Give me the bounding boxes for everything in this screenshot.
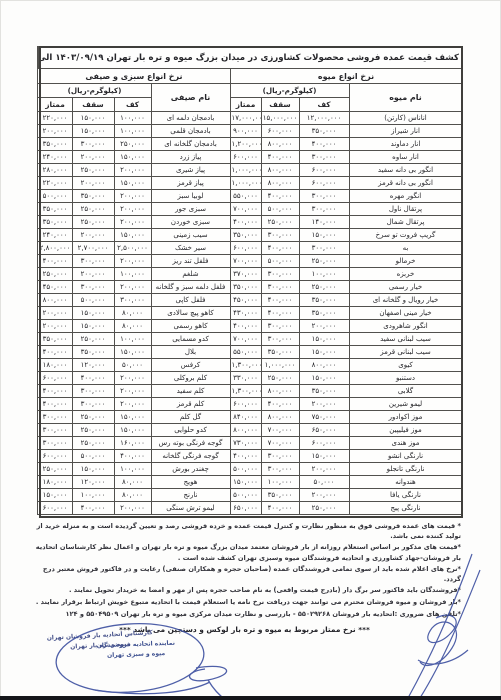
fruit-ceiling-cell: ۷۰۰,۰۰۰ <box>261 437 299 450</box>
table-row: خیار رسمی۲۵۰,۰۰۰۳۰۰,۰۰۰۳۵۰,۰۰۰فلفل دلمه … <box>38 281 462 294</box>
fruit-floor-cell: ۱۵۰,۰۰۰ <box>299 346 349 359</box>
veg-premium-cell: ۳۰۰,۰۰۰ <box>38 424 72 437</box>
fruit-name-cell: گلابی <box>349 385 462 398</box>
fruit-floor-cell: ۱۵۰,۰۰۰ <box>299 229 349 242</box>
table-row: اناناس (کارتن)۱۲,۰۰۰,۰۰۰۱۵,۰۰۰,۰۰۰۱۷,۰۰۰… <box>38 112 462 125</box>
fruit-floor-cell: ۱۰۰,۰۰۰ <box>299 268 349 281</box>
fruit-floor-cell: ۳۵۰,۰۰۰ <box>299 125 349 138</box>
fruit-name-cell: انگور شاهرودی <box>349 320 462 333</box>
veg-floor-cell: ۱۵۰,۰۰۰ <box>114 411 151 424</box>
veg-premium-cell: ۲۲۰,۰۰۰ <box>38 177 72 190</box>
fruit-name-cell: لیمو شیرین <box>349 398 462 411</box>
footnote: *فروشندگان باید فاکتور سر برگ دار (بادرج… <box>28 585 461 595</box>
veg-premium-cell: ۱۵۰,۰۰۰ <box>38 489 72 502</box>
veg-name-cell: بلال <box>151 346 230 359</box>
veg-ceiling-cell: ۱۵۰,۰۰۰ <box>72 112 114 125</box>
veg-ceiling-cell: ۲۵۰,۰۰۰ <box>72 424 114 437</box>
fruit-floor-cell: ۳۰۰,۰۰۰ <box>299 151 349 164</box>
veg-premium-cell: ۵۰۰,۰۰۰ <box>38 190 72 203</box>
fruit-premium-cell: ۱۷,۰۰۰,۰۰۰ <box>230 112 261 125</box>
footnotes-block: * قیمت های عمده فروشی فوق به منظور نظارت… <box>28 521 461 635</box>
veg-floor-cell: ۵۰,۰۰۰ <box>114 359 151 372</box>
veg-premium-cell: ۴۰۰,۰۰۰ <box>38 346 72 359</box>
veg-floor-cell: ۲۰۰,۰۰۰ <box>114 502 151 515</box>
table-row: انگور بی دانه سفید۶۰۰,۰۰۰۸۰۰,۰۰۰۱,۰۰۰,۰۰… <box>38 164 462 177</box>
fruit-name-cell: انگور بی دانه سفید <box>349 164 462 177</box>
fruit-premium-cell: ۷۰۰,۰۰۰ <box>230 333 261 346</box>
footnote-phone-numbers: *تلفن های ضروری :اتحادیه بار فروشان ۵۵۰۲… <box>28 609 461 619</box>
fruit-name-cell: انگور مهره <box>349 190 462 203</box>
veg-ceiling-cell: ۳۵۰,۰۰۰ <box>72 346 114 359</box>
veg-name-cell: فلفل کاپی <box>151 294 230 307</box>
fruit-name-cell: نارنگی تانجلو <box>349 463 462 476</box>
veg-premium-cell: ۲۴۰,۰۰۰ <box>38 229 72 242</box>
fruit-premium-cell: ۵۰۰,۰۰۰ <box>230 489 261 502</box>
veg-premium-cell: ۳۰۰,۰۰۰ <box>38 411 72 424</box>
veg-name-cell: شلغم <box>151 268 230 281</box>
table-row: انار ساوه۳۰۰,۰۰۰۴۰۰,۰۰۰۶۰۰,۰۰۰پیاز زرد۱۵… <box>38 151 462 164</box>
veg-name-cell: فلفل دلمه سبز و گلخانه <box>151 281 230 294</box>
veg-ceiling-cell: ۲۵۰,۰۰۰ <box>72 216 114 229</box>
veg-floor-header: کف <box>114 98 151 112</box>
veg-floor-cell: ۲۰۰,۰۰۰ <box>114 164 151 177</box>
table-row: خیار مینی اصفهان۳۵۰,۰۰۰۴۰۰,۰۰۰۴۳۰,۰۰۰کاه… <box>38 307 462 320</box>
price-table: کشف قیمت عمده فروشی محصولات کشاورزی در م… <box>37 46 463 515</box>
fruit-premium-cell: ۴۰۰,۰۰۰ <box>230 450 261 463</box>
fruit-ceiling-cell: ۳۰۰,۰۰۰ <box>261 229 299 242</box>
fruit-ceiling-cell: ۸۰۰,۰۰۰ <box>261 177 299 190</box>
fruit-floor-cell: ۶۰۰,۰۰۰ <box>299 164 349 177</box>
fruit-premium-cell: ۹۰۰,۰۰۰ <box>230 125 261 138</box>
fruit-floor-cell: ۶۰۰,۰۰۰ <box>299 177 349 190</box>
fruit-premium-cell: ۱,۲۰۰,۰۰۰ <box>230 138 261 151</box>
veg-floor-cell: ۱۵۰,۰۰۰ <box>114 346 151 359</box>
veg-floor-cell: ۸۰,۰۰۰ <box>114 476 151 489</box>
fruit-name-cell: خیار رویال و گلخانه ای <box>349 294 462 307</box>
fruit-floor-cell: ۷۵۰,۰۰۰ <box>299 411 349 424</box>
veg-floor-cell: ۳۰۰,۰۰۰ <box>114 294 151 307</box>
table-row: نارنگی تانجلو۲۰۰,۰۰۰۳۰۰,۰۰۰۵۰۰,۰۰۰چغندر … <box>38 463 462 476</box>
fruit-floor-cell: ۲۵۰,۰۰۰ <box>299 255 349 268</box>
veg-premium-cell: ۲۵۰,۰۰۰ <box>38 268 72 281</box>
table-row: خیار رویال و گلخانه ای۳۵۰,۰۰۰۴۰۰,۰۰۰۴۵۰,… <box>38 294 462 307</box>
fruit-ceiling-cell: ۳۰۰,۰۰۰ <box>261 333 299 346</box>
fruit-premium-cell: ۵۰۰,۰۰۰ <box>230 463 261 476</box>
veg-floor-cell: ۲۰۰,۰۰۰ <box>114 203 151 216</box>
table-row: لیمو شیرین۲۰۰,۰۰۰۴۰۰,۰۰۰۶۰۰,۰۰۰کلم قرمز۲… <box>38 398 462 411</box>
fruit-premium-cell: ۸۴۰,۰۰۰ <box>230 411 261 424</box>
fruit-ceiling-cell: ۱,۰۰۰,۰۰۰ <box>261 359 299 372</box>
veg-ceiling-cell: ۲۵۰,۰۰۰ <box>72 411 114 424</box>
fruit-ceiling-cell: ۳۰۰,۰۰۰ <box>261 268 299 281</box>
veg-name-cell: کدو حلوایی <box>151 424 230 437</box>
veg-ceiling-cell: ۱۲۰,۰۰۰ <box>72 476 114 489</box>
veg-premium-cell: ۳۵۰,۰۰۰ <box>38 203 72 216</box>
fruit-premium-cell: ۷۳۰,۰۰۰ <box>230 437 261 450</box>
price-table-body: اناناس (کارتن)۱۲,۰۰۰,۰۰۰۱۵,۰۰۰,۰۰۰۱۷,۰۰۰… <box>38 112 462 515</box>
veg-ceiling-cell: ۱۰۰,۰۰۰ <box>72 489 114 502</box>
fruit-name-cell: نارنگی پیج <box>349 502 462 515</box>
fruit-ceiling-cell: ۳۰۰,۰۰۰ <box>261 320 299 333</box>
veg-floor-cell: ۱۰۰,۰۰۰ <box>114 268 151 281</box>
veg-premium-cell: ۲۰۰,۰۰۰ <box>38 307 72 320</box>
veg-premium-cell: ۸۰۰,۰۰۰ <box>38 294 72 307</box>
fruit-name-cell: گریپ فروت تو سرخ <box>349 229 462 242</box>
fruit-premium-cell: ۳۳۰,۰۰۰ <box>230 372 261 385</box>
table-row: انگور مهره۳۰۰,۰۰۰۴۰۰,۰۰۰۵۵۰,۰۰۰لوبیا سبز… <box>38 190 462 203</box>
veg-ceiling-cell: ۳۰۰,۰۰۰ <box>72 398 114 411</box>
fruit-floor-cell: ۸۰۰,۰۰۰ <box>299 359 349 372</box>
footnote: *نرخ های اعلام شده باید از سوی تمامی فرو… <box>28 564 461 584</box>
fruit-name-cell: خرمالو <box>349 255 462 268</box>
fruit-premium-cell: ۴۵۰,۰۰۰ <box>230 294 261 307</box>
fruit-premium-cell: ۳۵۰,۰۰۰ <box>230 281 261 294</box>
veg-name-cell: لوبیا سبز <box>151 190 230 203</box>
veg-name-cell: بادمجان دلمه ای <box>151 112 230 125</box>
table-row: گریپ فروت تو سرخ۱۵۰,۰۰۰۳۰۰,۰۰۰۳۵۰,۰۰۰سیب… <box>38 229 462 242</box>
veg-premium-cell: ۶۰۰,۰۰۰ <box>38 372 72 385</box>
veg-premium-cell: ۲,۸۰۰,۰۰۰ <box>38 242 72 255</box>
veg-premium-cell: ۶۰۰,۰۰۰ <box>38 502 72 515</box>
veg-premium-cell: ۴۵۰,۰۰۰ <box>38 281 72 294</box>
veg-name-cell: کاهو پیچ سالادی <box>151 307 230 320</box>
fruit-floor-header: کف <box>299 98 349 112</box>
fruit-ceiling-cell: ۴۰۰,۰۰۰ <box>261 151 299 164</box>
fruit-name-cell: انار شیراز <box>349 125 462 138</box>
table-row: سیب لبنانی سفید۱۵۰,۰۰۰۳۰۰,۰۰۰۷۰۰,۰۰۰کدو … <box>38 333 462 346</box>
veg-floor-cell: ۴۰۰,۰۰۰ <box>114 450 151 463</box>
veg-name-cell: بادمجان قلمی <box>151 125 230 138</box>
fruit-name-cell: نارنگی یافا <box>349 489 462 502</box>
veg-floor-cell: ۲,۵۰۰,۰۰۰ <box>114 242 151 255</box>
veg-name-cell: سبزی جور <box>151 203 230 216</box>
fruit-name-cell: موز اکوادور <box>349 411 462 424</box>
veg-section-title: نرخ انواع سبزی و صیفی <box>38 69 230 84</box>
fruit-name-cell: موز هندی <box>349 437 462 450</box>
fruit-name-cell: سیب لبنانی سفید <box>349 333 462 346</box>
fruit-unit-header: (کیلوگرم-ریال) <box>230 84 349 98</box>
table-row: انگور شاهرودی۲۰۰,۰۰۰۳۰۰,۰۰۰۴۰۰,۰۰۰کاهو ر… <box>38 320 462 333</box>
fruit-premium-cell: ۴۰۰,۰۰۰ <box>230 320 261 333</box>
fruit-name-cell: پرتقال شمال <box>349 216 462 229</box>
fruit-ceiling-cell: ۴۰۰,۰۰۰ <box>261 307 299 320</box>
fruit-ceiling-cell: ۳۵۰,۰۰۰ <box>261 346 299 359</box>
fruit-floor-cell: ۳۵۰,۰۰۰ <box>299 294 349 307</box>
veg-ceiling-cell: ۴۰۰,۰۰۰ <box>72 502 114 515</box>
fruit-ceiling-header: سقف <box>261 98 299 112</box>
veg-name-cell: هویج <box>151 476 230 489</box>
table-row: خرمالو۲۵۰,۰۰۰۵۰۰,۰۰۰۷۰۰,۰۰۰فلفل تند ریز۲… <box>38 255 462 268</box>
fruit-ceiling-cell: ۳۰۰,۰۰۰ <box>261 463 299 476</box>
fruit-premium-cell: ۶۵۰,۰۰۰ <box>230 502 261 515</box>
fruit-ceiling-cell: ۴۰۰,۰۰۰ <box>261 398 299 411</box>
fruit-name-cell: دستنبو <box>349 372 462 385</box>
footnote: * قیمت های عمده فروشی فوق به منظور نظارت… <box>28 521 461 541</box>
veg-ceiling-cell: ۳۰۰,۰۰۰ <box>72 255 114 268</box>
fruit-premium-cell: ۴۰۰,۰۰۰ <box>230 216 261 229</box>
veg-ceiling-cell: ۳۰۰,۰۰۰ <box>72 281 114 294</box>
veg-name-cell: سیر خشک <box>151 242 230 255</box>
table-row: نارنگی یافا۲۰۰,۰۰۰۳۵۰,۰۰۰۵۰۰,۰۰۰نارنج۸۰,… <box>38 489 462 502</box>
veg-premium-cell: ۴۰۰,۰۰۰ <box>38 398 72 411</box>
fruit-floor-cell: ۳۰۰,۰۰۰ <box>299 203 349 216</box>
left-signature-loop-icon <box>190 666 227 680</box>
veg-name-cell: کلم بروکلی <box>151 372 230 385</box>
fruit-ceiling-cell: ۲۵۰,۰۰۰ <box>261 372 299 385</box>
fruit-ceiling-cell: ۲۵۰,۰۰۰ <box>261 216 299 229</box>
veg-floor-cell: ۲۰۰,۰۰۰ <box>114 398 151 411</box>
veg-ceiling-cell: ۳۰۰,۰۰۰ <box>72 138 114 151</box>
veg-ceiling-cell: ۵۰۰,۰۰۰ <box>72 450 114 463</box>
veg-premium-cell: ۴۰۰,۰۰۰ <box>38 255 72 268</box>
footnote: *بار فروشان و میوه فروشان محترم می توانن… <box>28 597 461 607</box>
table-row: موز هندی۶۰۰,۰۰۰۷۰۰,۰۰۰۷۳۰,۰۰۰گوجه فرنگی … <box>38 437 462 450</box>
fruit-ceiling-cell: ۱۰۰,۰۰۰ <box>261 476 299 489</box>
veg-floor-cell: ۱۰۰,۰۰۰ <box>114 333 151 346</box>
fruit-name-cell: اناناس (کارتن) <box>349 112 462 125</box>
veg-ceiling-cell: ۱۵۰,۰۰۰ <box>72 307 114 320</box>
veg-floor-cell: ۱۵۰,۰۰۰ <box>114 177 151 190</box>
veg-premium-cell: ۳۰۰,۰۰۰ <box>38 437 72 450</box>
veg-ceiling-cell: ۱۵۰,۰۰۰ <box>72 463 114 476</box>
scanned-price-list-document: کشف قیمت عمده فروشی محصولات کشاورزی در م… <box>0 0 501 700</box>
veg-ceiling-cell: ۴۰۰,۰۰۰ <box>72 372 114 385</box>
veg-ceiling-cell: ۲۵۰,۰۰۰ <box>72 203 114 216</box>
fruit-ceiling-cell: ۳۵۰,۰۰۰ <box>261 489 299 502</box>
table-row: دستنبو۱۵۰,۰۰۰۲۵۰,۰۰۰۳۳۰,۰۰۰کلم بروکلی۲۰۰… <box>38 372 462 385</box>
fruit-ceiling-cell: ۴۰۰,۰۰۰ <box>261 190 299 203</box>
fruit-name-cell: سیب لبنانی قرمز <box>349 346 462 359</box>
veg-premium-header: ممتاز <box>38 98 72 112</box>
fruit-name-cell: به <box>349 242 462 255</box>
veg-ceiling-cell: ۱۵۰,۰۰۰ <box>72 320 114 333</box>
veg-ceiling-cell: ۵۰۰,۰۰۰ <box>72 294 114 307</box>
fruit-ceiling-cell: ۸۰۰,۰۰۰ <box>261 411 299 424</box>
fruit-premium-header: ممتاز <box>230 98 261 112</box>
table-row: موز اکوادور۷۵۰,۰۰۰۸۰۰,۰۰۰۸۴۰,۰۰۰گل کلم۱۵… <box>38 411 462 424</box>
veg-ceiling-cell: ۱۲۰,۰۰۰ <box>72 359 114 372</box>
veg-name-column-header: نام صیفی <box>151 84 230 112</box>
fruit-floor-cell: ۱۵۰,۰۰۰ <box>299 450 349 463</box>
fruit-premium-cell: ۶۰۰,۰۰۰ <box>230 242 261 255</box>
veg-name-cell: کاهو رسمی <box>151 320 230 333</box>
veg-ceiling-header: سقف <box>72 98 114 112</box>
veg-premium-cell: ۳۵۰,۰۰۰ <box>38 333 72 346</box>
veg-floor-cell: ۲۰۰,۰۰۰ <box>114 190 151 203</box>
fruit-name-cell: نارنگی انشو <box>349 450 462 463</box>
veg-name-cell: کلم قرمز <box>151 398 230 411</box>
fruit-name-cell: انگور بی دانه قرمز <box>349 177 462 190</box>
fruit-floor-cell: ۳۰۰,۰۰۰ <box>299 242 349 255</box>
fruit-premium-cell: ۷۰۰,۰۰۰ <box>230 255 261 268</box>
veg-premium-cell: ۱۸۰,۰۰۰ <box>38 476 72 489</box>
veg-ceiling-cell: ۲۰۰,۰۰۰ <box>72 151 114 164</box>
veg-name-cell: کدو مسمایی <box>151 333 230 346</box>
fruit-name-cell: هندوانه <box>349 476 462 489</box>
veg-premium-cell: ۲۰۰,۰۰۰ <box>38 320 72 333</box>
table-row: نارنگی پیج۲۵۰,۰۰۰۴۰۰,۰۰۰۶۵۰,۰۰۰لیمو ترش … <box>38 502 462 515</box>
veg-name-cell: سبزی خوردن <box>151 216 230 229</box>
veg-premium-cell: ۴۰۰,۰۰۰ <box>38 385 72 398</box>
fruit-premium-cell: ۸۰۰,۰۰۰ <box>230 424 261 437</box>
table-row: گلابی۳۵۰,۰۰۰۸۰۰,۰۰۰۱,۳۰۰,۰۰۰کلم سفید۲۰۰,… <box>38 385 462 398</box>
fruit-ceiling-cell: ۳۰۰,۰۰۰ <box>261 281 299 294</box>
veg-floor-cell: ۲۰۰,۰۰۰ <box>114 216 151 229</box>
fruit-section-title: نرخ انواع میوه <box>230 69 462 84</box>
fruit-ceiling-cell: ۵۰۰,۰۰۰ <box>261 203 299 216</box>
veg-name-cell: کرفس <box>151 359 230 372</box>
veg-ceiling-cell: ۲۵۰,۰۰۰ <box>72 164 114 177</box>
veg-premium-cell: ۲۴۰,۰۰۰ <box>38 151 72 164</box>
fruit-floor-cell: ۱۲,۰۰۰,۰۰۰ <box>299 112 349 125</box>
fruit-floor-cell: ۱۵۰,۰۰۰ <box>299 333 349 346</box>
veg-floor-cell: ۸۰,۰۰۰ <box>114 489 151 502</box>
fruit-premium-cell: ۳۷۰,۰۰۰ <box>230 268 261 281</box>
fruit-ceiling-cell: ۳۰۰,۰۰۰ <box>261 450 299 463</box>
veg-floor-cell: ۲۵۰,۰۰۰ <box>114 138 151 151</box>
fruit-premium-cell: ۱,۰۰۰,۰۰۰ <box>230 177 261 190</box>
veg-floor-cell: ۱۰۰,۰۰۰ <box>114 112 151 125</box>
fruit-name-cell: انار دماوند <box>349 138 462 151</box>
veg-name-cell: نارنج <box>151 489 230 502</box>
veg-premium-cell: ۲۵۰,۰۰۰ <box>38 463 72 476</box>
veg-floor-cell: ۱۰۰,۰۰۰ <box>114 463 151 476</box>
fruit-floor-cell: ۵۰,۰۰۰ <box>299 476 349 489</box>
veg-ceiling-cell: ۳۵۰,۰۰۰ <box>72 190 114 203</box>
fruit-premium-cell: ۵۵۰,۰۰۰ <box>230 190 261 203</box>
veg-ceiling-cell: ۲۰۰,۰۰۰ <box>72 177 114 190</box>
fruit-floor-cell: ۲۰۰,۰۰۰ <box>299 398 349 411</box>
veg-premium-cell: ۳۵۰,۰۰۰ <box>38 216 72 229</box>
fruit-premium-cell: ۴۳۰,۰۰۰ <box>230 307 261 320</box>
veg-name-cell: کلم سفید <box>151 385 230 398</box>
table-row: پرتقال ناول۳۰۰,۰۰۰۵۰۰,۰۰۰۷۰۰,۰۰۰سبزی جور… <box>38 203 462 216</box>
price-table-header: کشف قیمت عمده فروشی محصولات کشاورزی در م… <box>38 47 462 112</box>
fruit-name-cell: خربزه <box>349 268 462 281</box>
fruit-premium-cell: ۶۰۰,۰۰۰ <box>230 151 261 164</box>
veg-ceiling-cell: ۲۵۰,۰۰۰ <box>72 333 114 346</box>
table-row: کیوی۸۰۰,۰۰۰۱,۰۰۰,۰۰۰۱,۳۰۰,۰۰۰کرفس۵۰,۰۰۰۱… <box>38 359 462 372</box>
fruit-premium-cell: ۷۰۰,۰۰۰ <box>230 203 261 216</box>
fruit-ceiling-cell: ۸۰۰,۰۰۰ <box>261 138 299 151</box>
fruit-name-cell: خیار رسمی <box>349 281 462 294</box>
veg-name-cell: پیاز شیری <box>151 164 230 177</box>
fruit-name-cell: کیوی <box>349 359 462 372</box>
table-row: انگور بی دانه قرمز۶۰۰,۰۰۰۸۰۰,۰۰۰۱,۰۰۰,۰۰… <box>38 177 462 190</box>
veg-floor-cell: ۲۰۰,۰۰۰ <box>114 372 151 385</box>
table-row: نارنگی انشو۱۵۰,۰۰۰۳۰۰,۰۰۰۴۰۰,۰۰۰گوجه فرن… <box>38 450 462 463</box>
fruit-floor-cell: ۱۴۰,۰۰۰ <box>299 216 349 229</box>
fruit-premium-cell: ۵۵۰,۰۰۰ <box>230 346 261 359</box>
table-row: پرتقال شمال۱۴۰,۰۰۰۲۵۰,۰۰۰۴۰۰,۰۰۰سبزی خور… <box>38 216 462 229</box>
veg-floor-cell: ۲۰۰,۰۰۰ <box>114 281 151 294</box>
table-row: انار شیراز۳۵۰,۰۰۰۶۰۰,۰۰۰۹۰۰,۰۰۰بادمجان ق… <box>38 125 462 138</box>
veg-floor-cell: ۱۵۰,۰۰۰ <box>114 151 151 164</box>
veg-floor-cell: ۸۰,۰۰۰ <box>114 307 151 320</box>
fruit-premium-cell: ۱,۳۰۰,۰۰۰ <box>230 385 261 398</box>
fruit-premium-cell: ۱۵۰,۰۰۰ <box>230 476 261 489</box>
fruit-floor-cell: ۴۰۰,۰۰۰ <box>299 138 349 151</box>
fruit-ceiling-cell: ۴۰۰,۰۰۰ <box>261 294 299 307</box>
veg-name-cell: سیب زمینی <box>151 229 230 242</box>
fruit-name-column-header: نام میوه <box>349 84 462 112</box>
veg-ceiling-cell: ۲۰۰,۰۰۰ <box>72 268 114 281</box>
fruit-floor-cell: ۳۵۰,۰۰۰ <box>299 385 349 398</box>
fruit-floor-cell: ۲۵۰,۰۰۰ <box>299 281 349 294</box>
fruit-name-cell: خیار مینی اصفهان <box>349 307 462 320</box>
fruit-premium-cell: ۱,۳۰۰,۰۰۰ <box>230 359 261 372</box>
fruit-name-cell: موز فیلیپین <box>349 424 462 437</box>
table-row: خربزه۱۰۰,۰۰۰۳۰۰,۰۰۰۳۷۰,۰۰۰شلغم۱۰۰,۰۰۰۲۰۰… <box>38 268 462 281</box>
table-row: هندوانه۵۰,۰۰۰۱۰۰,۰۰۰۱۵۰,۰۰۰هویج۸۰,۰۰۰۱۲۰… <box>38 476 462 489</box>
veg-floor-cell: ۸۰,۰۰۰ <box>114 320 151 333</box>
table-row: موز فیلیپین۶۵۰,۰۰۰۷۰۰,۰۰۰۸۰۰,۰۰۰کدو حلوا… <box>38 424 462 437</box>
fruit-floor-cell: ۳۵۰,۰۰۰ <box>299 307 349 320</box>
veg-premium-cell: ۲۰۰,۰۰۰ <box>38 125 72 138</box>
veg-ceiling-cell: ۱۵۰,۰۰۰ <box>72 125 114 138</box>
veg-name-cell: گوجه فرنگی بوته رس <box>151 437 230 450</box>
table-row: انار دماوند۴۰۰,۰۰۰۸۰۰,۰۰۰۱,۲۰۰,۰۰۰بادمجا… <box>38 138 462 151</box>
veg-unit-header: (کیلوگرم-ریال) <box>38 84 151 98</box>
veg-floor-cell: ۱۵۰,۰۰۰ <box>114 229 151 242</box>
fruit-ceiling-cell: ۱۵,۰۰۰,۰۰۰ <box>261 112 299 125</box>
veg-name-cell: چغندر بورش <box>151 463 230 476</box>
scan-bottom-edge <box>0 696 501 700</box>
veg-premium-cell: ۱۸۰,۰۰۰ <box>38 359 72 372</box>
veg-floor-cell: ۲۰۰,۰۰۰ <box>114 255 151 268</box>
fruit-ceiling-cell: ۷۰۰,۰۰۰ <box>261 424 299 437</box>
fruit-floor-cell: ۲۰۰,۰۰۰ <box>299 489 349 502</box>
veg-floor-cell: ۱۰۰,۰۰۰ <box>114 125 151 138</box>
fruit-ceiling-cell: ۸۰۰,۰۰۰ <box>261 385 299 398</box>
fruit-ceiling-cell: ۴۰۰,۰۰۰ <box>261 242 299 255</box>
document-title: کشف قیمت عمده فروشی محصولات کشاورزی در م… <box>38 47 462 69</box>
fruit-floor-cell: ۲۰۰,۰۰۰ <box>299 320 349 333</box>
veg-name-cell: فلفل تند ریز <box>151 255 230 268</box>
veg-name-cell: پیاز زرد <box>151 151 230 164</box>
veg-premium-cell: ۶۰۰,۰۰۰ <box>38 450 72 463</box>
fruit-premium-cell: ۶۰۰,۰۰۰ <box>230 398 261 411</box>
veg-ceiling-cell: ۲۵۰,۰۰۰ <box>72 437 114 450</box>
veg-name-cell: گوجه فرنگی گلخانه <box>151 450 230 463</box>
fruit-ceiling-cell: ۶۰۰,۰۰۰ <box>261 125 299 138</box>
fruit-floor-cell: ۲۵۰,۰۰۰ <box>299 502 349 515</box>
veg-floor-cell: ۱۵۰,۰۰۰ <box>114 424 151 437</box>
fruit-floor-cell: ۳۰۰,۰۰۰ <box>299 190 349 203</box>
veg-ceiling-cell: ۲,۷۰۰,۰۰۰ <box>72 242 114 255</box>
fruit-premium-cell: ۱,۰۰۰,۰۰۰ <box>230 164 261 177</box>
veg-name-cell: گل کلم <box>151 411 230 424</box>
fruit-floor-cell: ۲۰۰,۰۰۰ <box>299 463 349 476</box>
footnote: *قیمت های مذکور بر اساس استعلام روزانه ا… <box>28 542 461 562</box>
veg-name-cell: پیاز قرمز <box>151 177 230 190</box>
veg-floor-cell: ۱۶۰,۰۰۰ <box>114 437 151 450</box>
veg-floor-cell: ۲۰۰,۰۰۰ <box>114 385 151 398</box>
fruit-name-cell: انار ساوه <box>349 151 462 164</box>
veg-name-cell: بادمجان گلخانه ای <box>151 138 230 151</box>
veg-premium-cell: ۲۸۰,۰۰۰ <box>38 164 72 177</box>
table-row: به۳۰۰,۰۰۰۴۰۰,۰۰۰۶۰۰,۰۰۰سیر خشک۲,۵۰۰,۰۰۰۲… <box>38 242 462 255</box>
fruit-ceiling-cell: ۴۰۰,۰۰۰ <box>261 502 299 515</box>
fruit-ceiling-cell: ۸۰۰,۰۰۰ <box>261 164 299 177</box>
veg-name-cell: لیمو ترش سنگی <box>151 502 230 515</box>
fruit-premium-cell: ۳۵۰,۰۰۰ <box>230 229 261 242</box>
veg-ceiling-cell: ۲۰۰,۰۰۰ <box>72 229 114 242</box>
veg-premium-cell: ۲۲۰,۰۰۰ <box>38 112 72 125</box>
veg-premium-cell: ۳۵۰,۰۰۰ <box>38 138 72 151</box>
table-row: سیب لبنانی قرمز۱۵۰,۰۰۰۳۵۰,۰۰۰۵۵۰,۰۰۰بلال… <box>38 346 462 359</box>
fruit-floor-cell: ۶۰۰,۰۰۰ <box>299 437 349 450</box>
